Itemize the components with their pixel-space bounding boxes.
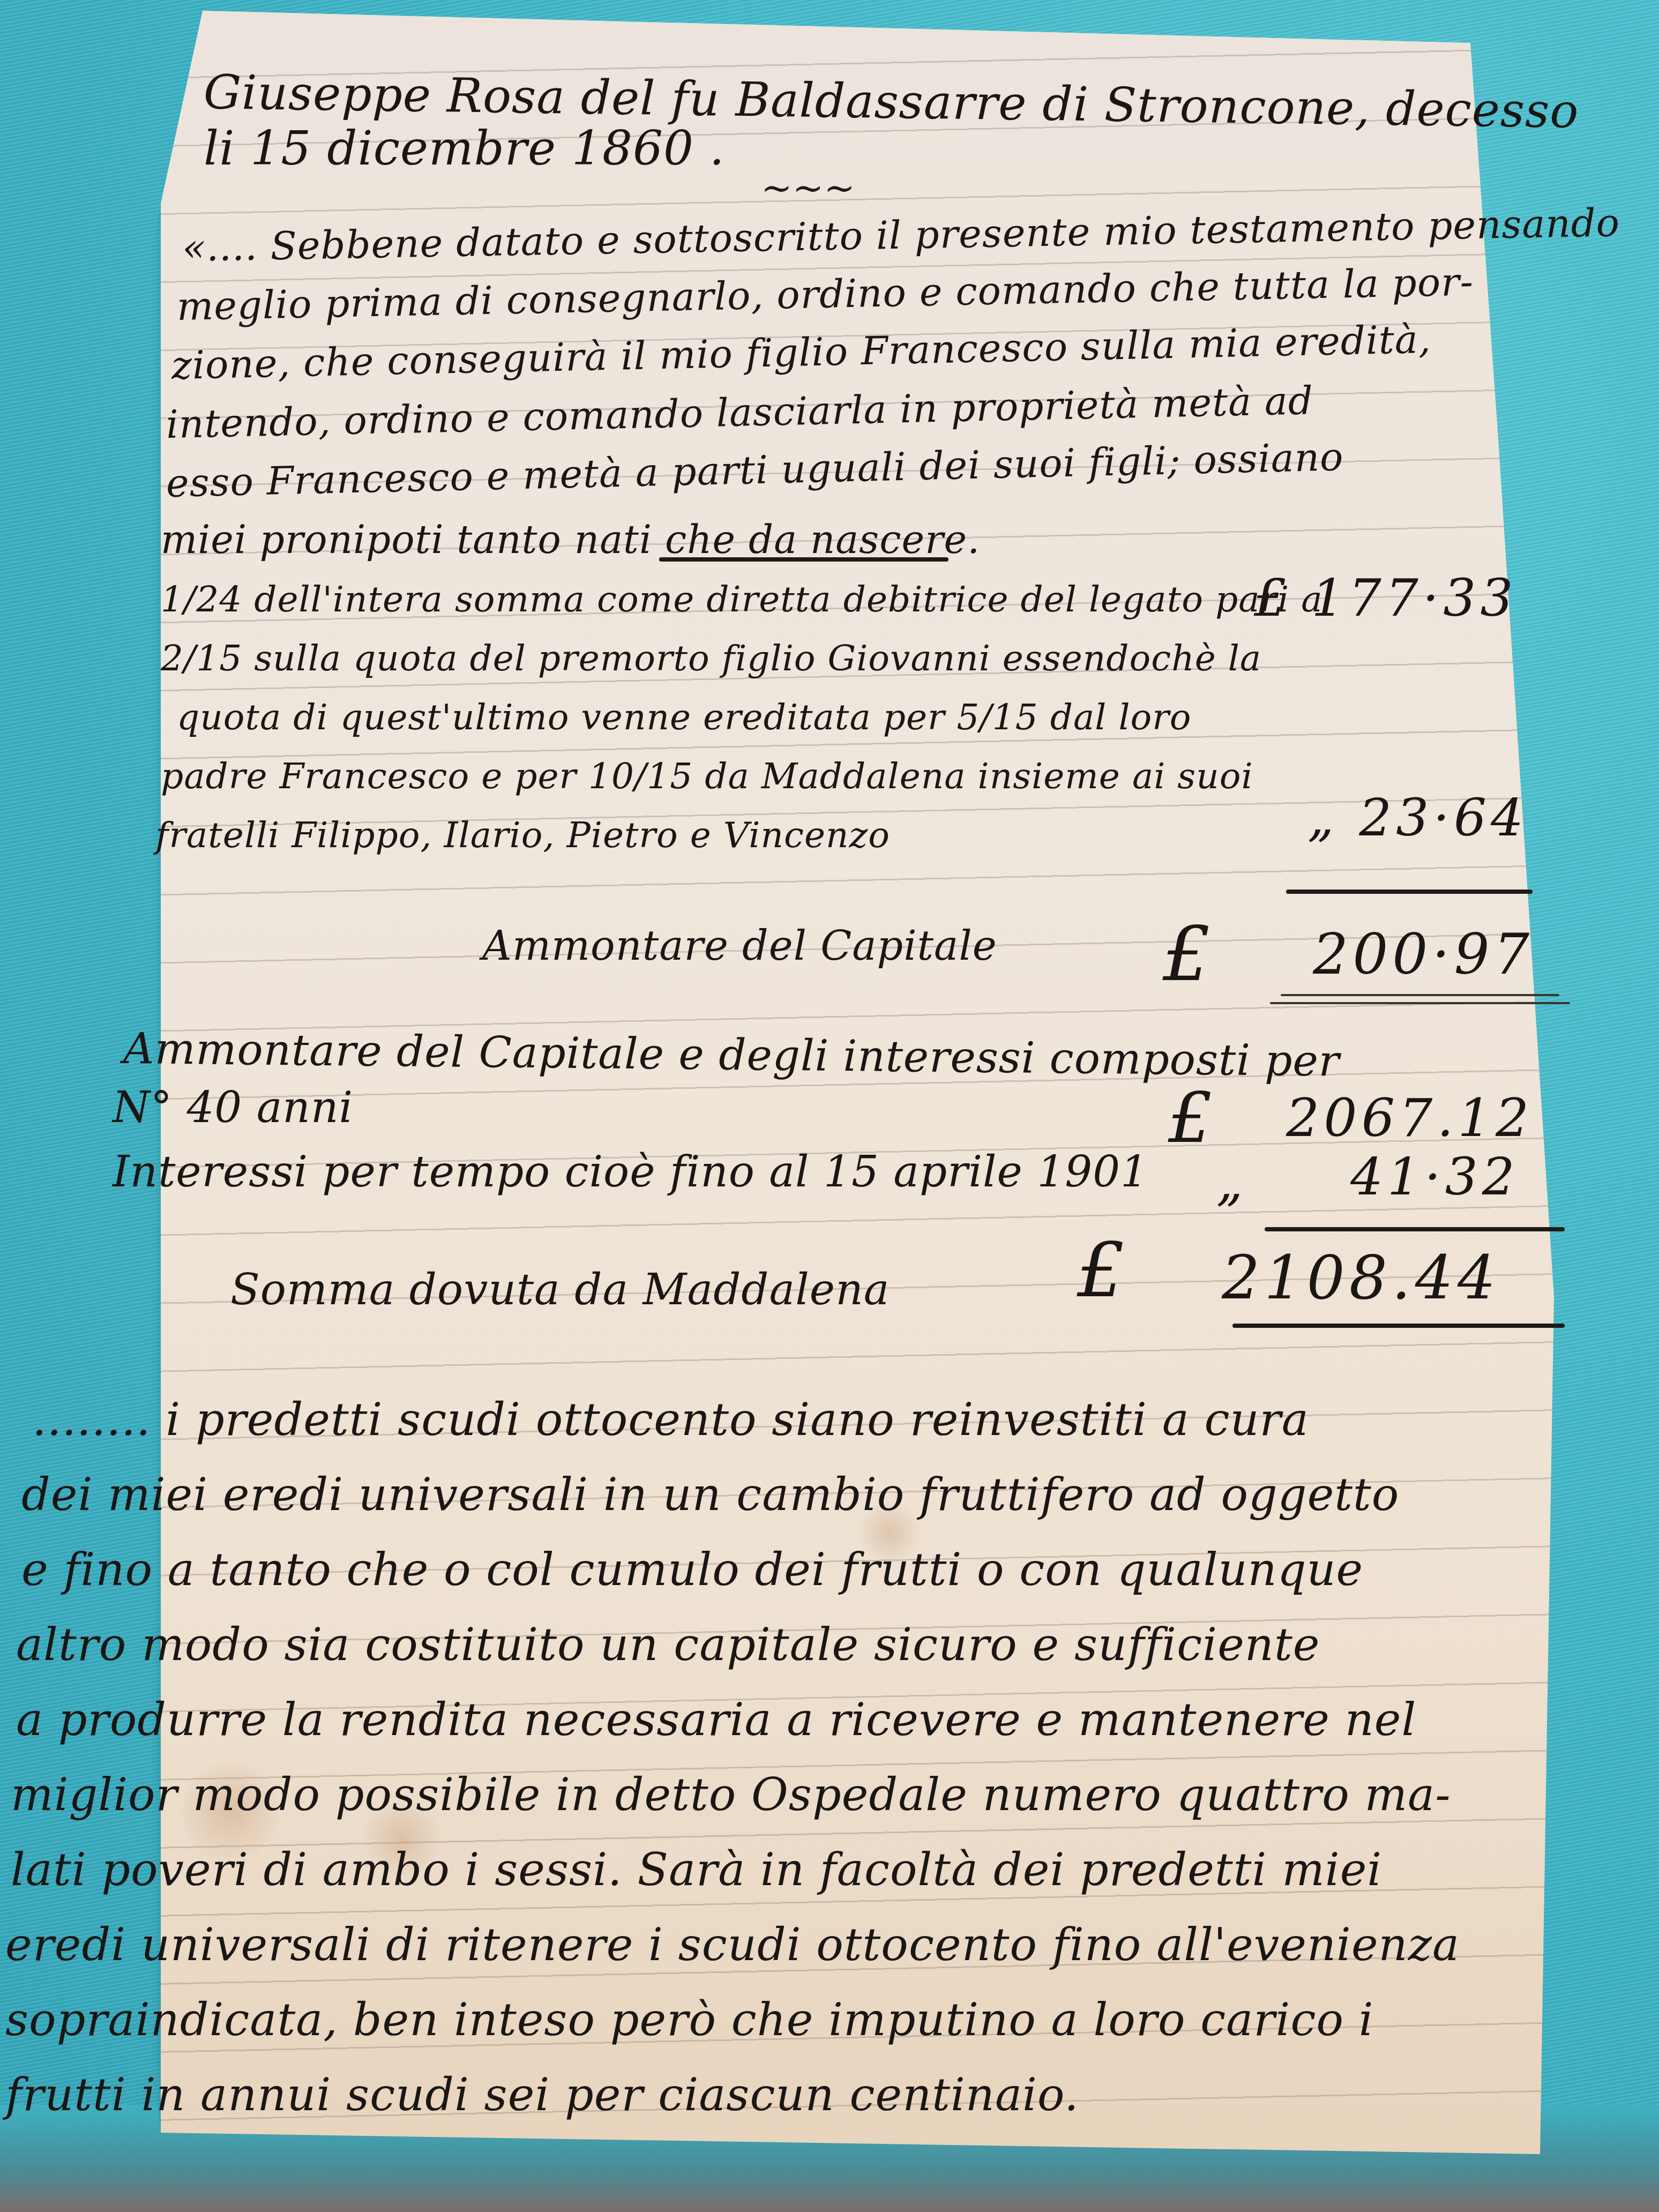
- flourish-ornament: ~~~: [761, 166, 855, 210]
- header-line-2: li 15 dicembre 1860 .: [204, 121, 725, 176]
- interest-prefix: „: [1216, 1152, 1247, 1212]
- paragraph2-line: frutti in annui scudi sei per ciascun ce…: [5, 2068, 1079, 2121]
- paragraph2-line: e fino a tanto che o col cumulo dei frut…: [21, 1543, 1363, 1596]
- interest-value: 41·32: [1350, 1147, 1519, 1207]
- total-currency: £: [1077, 1227, 1129, 1314]
- subtotal-label: Ammontare del Capitale: [482, 922, 997, 969]
- item1-line: 1/24 dell'intera somma come diretta debi…: [161, 579, 1323, 620]
- paragraph2-line: eredi universali di ritenere i scudi ott…: [5, 1918, 1460, 1971]
- total-rule: [1265, 1227, 1565, 1231]
- item1-line: padre Francesco e per 10/15 da Maddalena…: [161, 756, 1253, 797]
- interest-label: Interessi per tempo cioè fino al 15 apri…: [113, 1147, 1148, 1197]
- paragraph2-line: altro modo sia costituito un capitale si…: [16, 1618, 1320, 1671]
- paragraph2-line: dei miei eredi universali in un cambio f…: [21, 1468, 1399, 1521]
- compound-line-2: N° 40 anni: [113, 1082, 353, 1132]
- item1-line: quota di quest'ultimo venne ereditata pe…: [177, 697, 1192, 738]
- amount-177-33: £ 177·33: [1254, 568, 1518, 628]
- subtotal-currency: £: [1163, 911, 1215, 998]
- paragraph2-line: miglior modo possibile in detto Ospedale…: [11, 1768, 1451, 1821]
- item1-line: fratelli Filippo, Ilario, Pietro e Vince…: [155, 814, 890, 856]
- subtotal-value: 200·97: [1313, 922, 1534, 987]
- total-label: Somma dovuta da Maddalena: [230, 1265, 890, 1314]
- paragraph1-line: miei pronipoti tanto nati che da nascere…: [161, 517, 980, 562]
- compound-currency: £: [1168, 1077, 1217, 1159]
- amount-23-64: „ 23·64: [1307, 788, 1528, 848]
- paragraph2-line: sopraindicata, ben inteso però che imput…: [5, 1993, 1374, 2046]
- sum-rule: [1286, 890, 1533, 894]
- compound-value: 2067.12: [1286, 1088, 1533, 1149]
- double-underline: [1281, 994, 1559, 996]
- section-divider: [659, 557, 948, 562]
- item1-line: 2/15 sulla quota del premorto figlio Gio…: [161, 638, 1261, 679]
- paragraph2-line: ........ i predetti scudi ottocento sian…: [32, 1393, 1309, 1446]
- paragraph2-line: a produrre la rendita necessaria a ricev…: [16, 1693, 1416, 1746]
- paragraph2-line: lati poveri di ambo i sessi. Sarà in fac…: [11, 1843, 1382, 1896]
- total-underline: [1232, 1324, 1565, 1328]
- double-underline: [1270, 1002, 1570, 1004]
- total-value: 2108.44: [1222, 1243, 1500, 1313]
